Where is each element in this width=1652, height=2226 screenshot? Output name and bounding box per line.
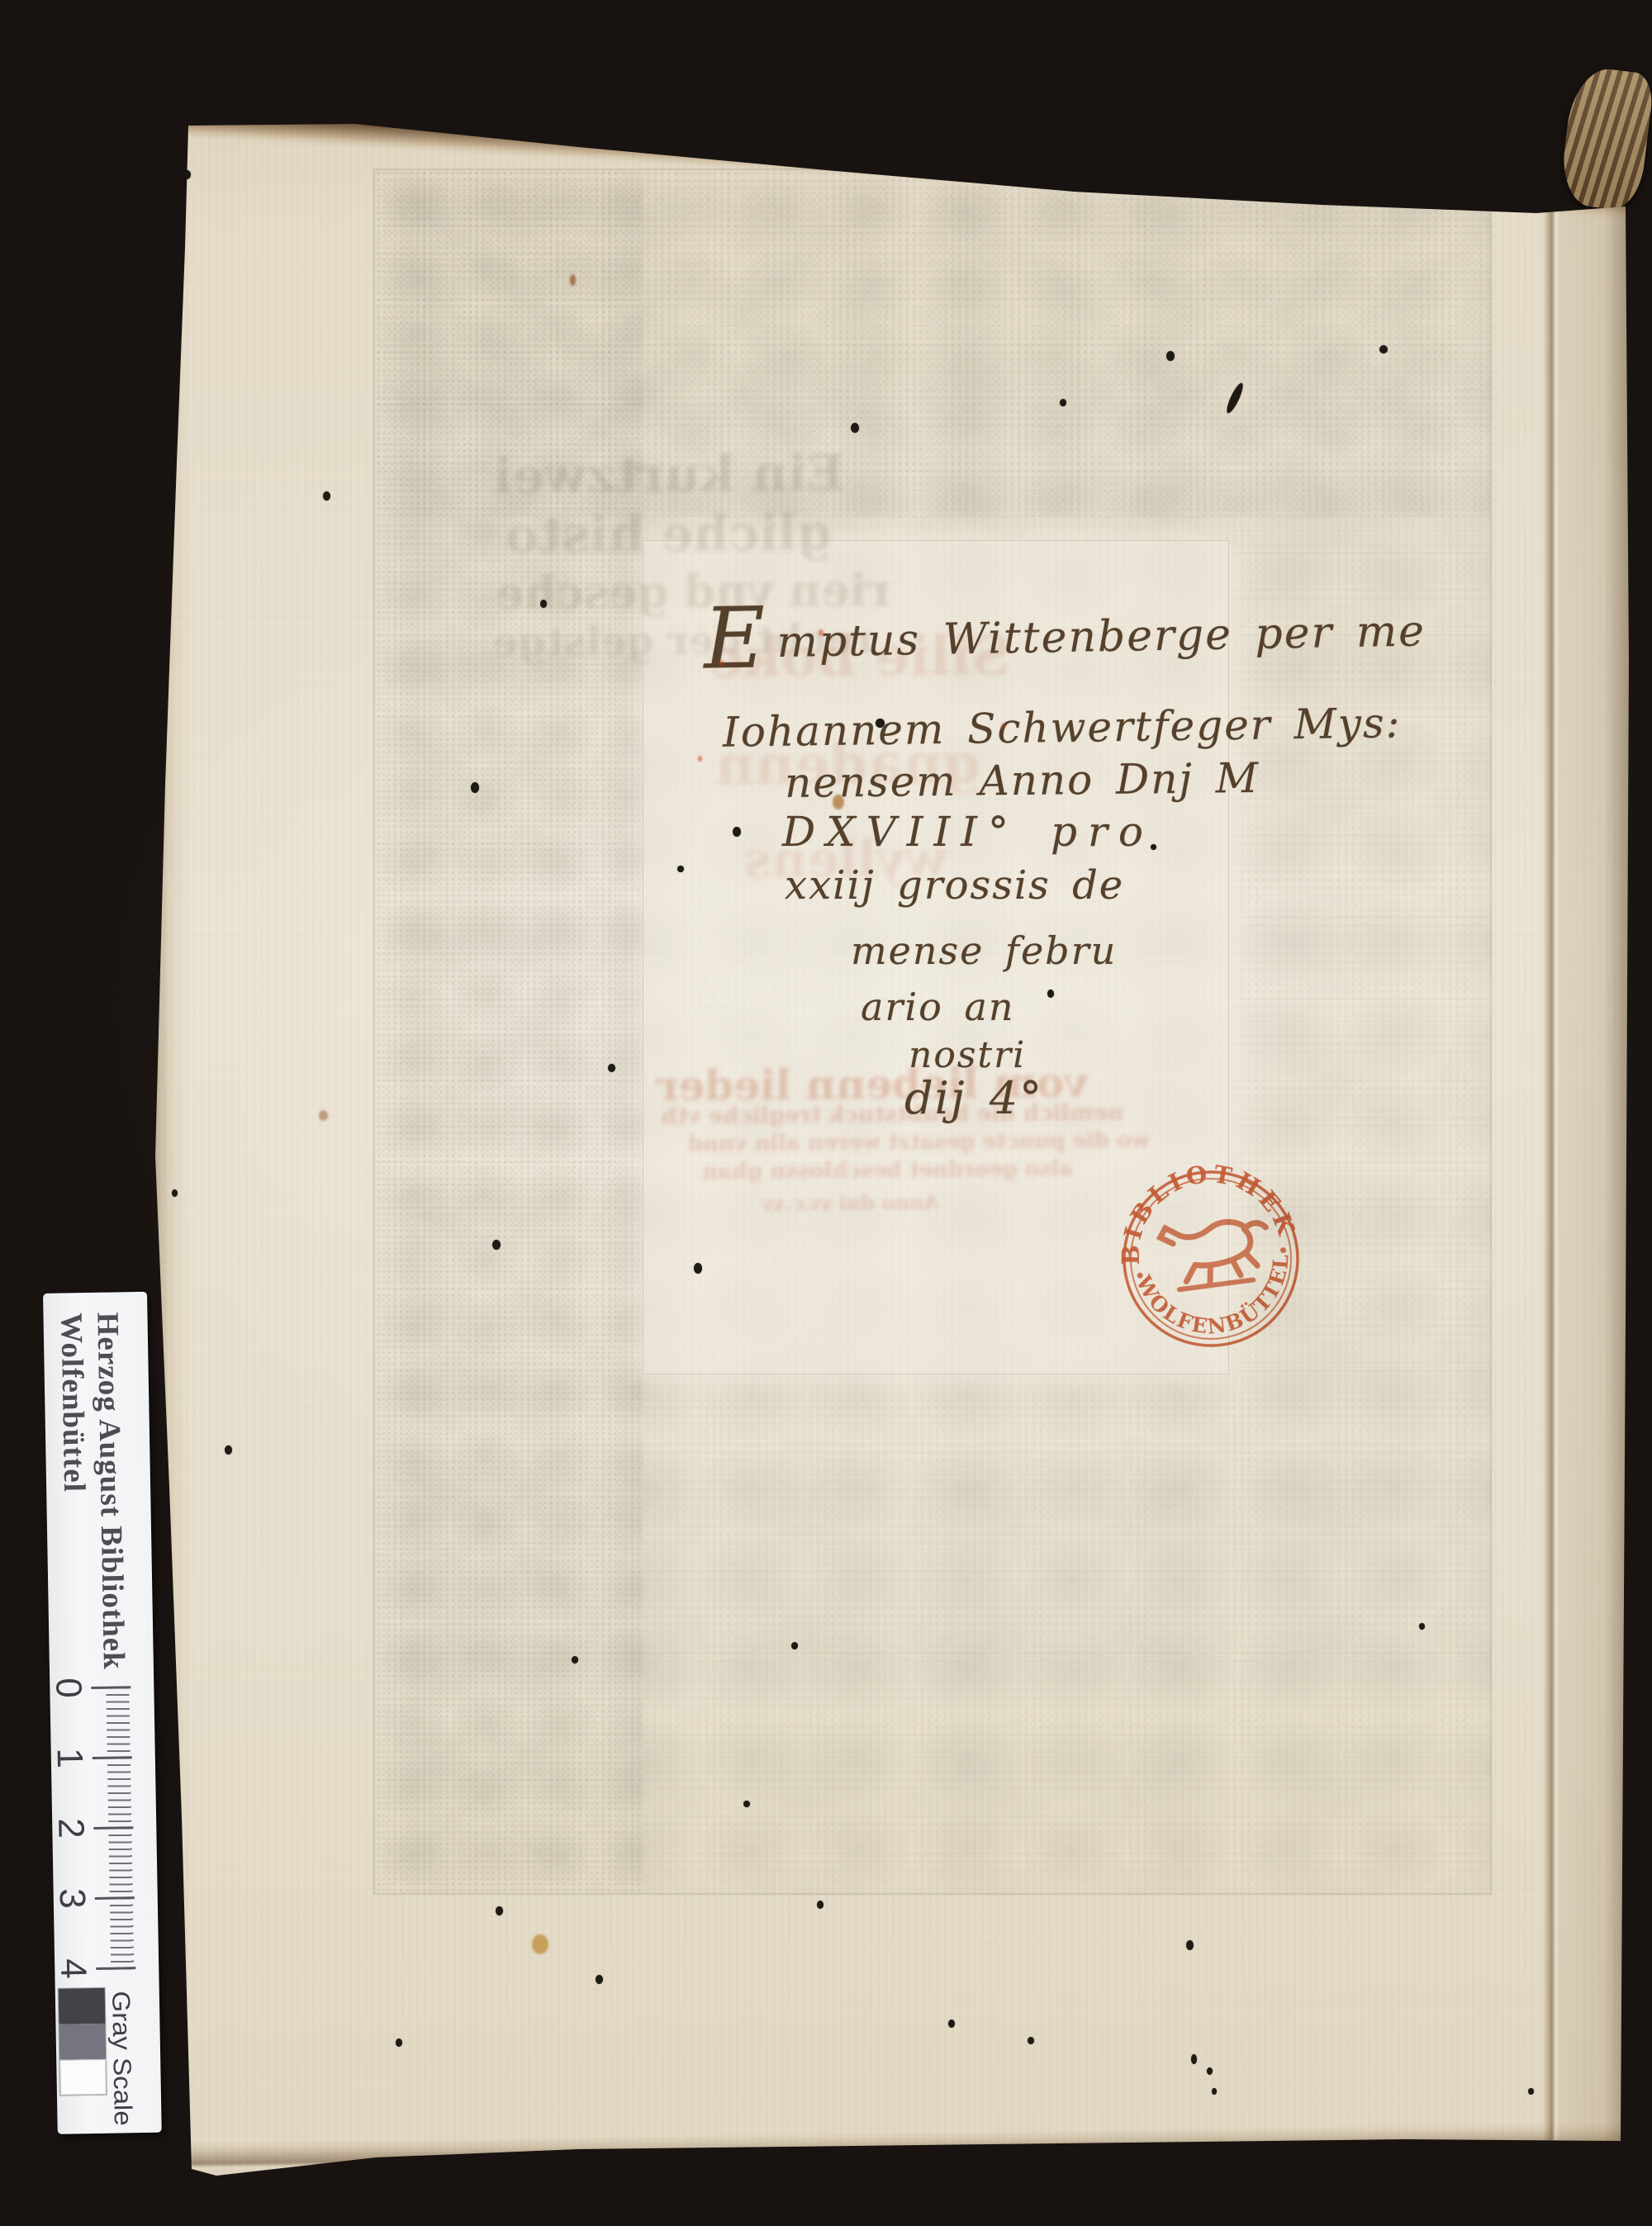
strip-label-line1: Herzog August Bibliothek — [89, 1312, 131, 1670]
showthrough-ghost-line: gliche histo — [506, 504, 832, 564]
paper-stain — [819, 629, 824, 636]
paper-stain — [570, 274, 576, 286]
ink-speck — [1060, 399, 1066, 406]
showthrough-ghost-line: Ein kurtzwei — [494, 444, 845, 505]
ink-speck — [1191, 2054, 1197, 2064]
ink-speck — [608, 1064, 615, 1072]
showthrough-ghost-line: also geordnet beschlossn ghan — [702, 1156, 1074, 1184]
photograph-stage: Ein kurtzweigliche historien vnd gescher… — [0, 0, 1652, 2226]
ink-speck — [323, 491, 330, 501]
ink-speck — [572, 1656, 578, 1664]
paper-stain — [698, 756, 702, 762]
ruler-number: 4 — [55, 1950, 92, 1987]
ruler-minor-ticks — [106, 1687, 134, 1972]
measuring-strip: Herzog August Bibliothek Wolfenbüttel 01… — [43, 1292, 162, 2134]
showthrough-ghost-line: wo die puncte gesatzt weren alln vnnd — [688, 1128, 1150, 1157]
paper-stain — [719, 661, 724, 666]
page-gutter-crease — [1543, 208, 1559, 2141]
ink-speck — [694, 1263, 702, 1274]
stamp-top-text: BIBLIOTHEK — [1101, 1145, 1303, 1270]
ink-speck — [1151, 844, 1156, 850]
showthrough-ghost-line: vom liebenn lieder — [657, 1058, 1089, 1111]
ink-speck — [1419, 1623, 1425, 1630]
inscription-line-1: Emptus Wittenberge per me — [704, 606, 1427, 668]
showthrough-inner-panel — [643, 540, 1229, 1374]
ink-speck — [1166, 351, 1175, 361]
paper-stain — [833, 795, 844, 809]
ink-speck — [1224, 382, 1246, 415]
inscription-initial-E: E — [703, 589, 767, 688]
gray-scale-patch — [59, 2024, 106, 2060]
showthrough-ghost-line: nemlich die heubtstuck tregliche vth — [661, 1100, 1124, 1130]
showthrough-ghost-line: wyllens — [743, 830, 948, 890]
paper-stain — [532, 1934, 548, 1954]
strip-label-line2: Wolfenbüttel — [53, 1312, 92, 1493]
ink-speck — [851, 423, 859, 433]
ink-speck — [596, 1975, 603, 1984]
inscription-line-7: ario an — [861, 985, 1015, 1029]
inscription-line-2: Iohannem Schwertfeger Mys: — [723, 699, 1402, 756]
inscription-line-8: nostri — [909, 1034, 1026, 1076]
paper-stain — [319, 1110, 328, 1121]
paper-stain — [1001, 724, 1005, 729]
inscription-line-9: dij 4° — [904, 1072, 1043, 1124]
ruler-number: 3 — [53, 1880, 90, 1917]
showthrough-ghost-line: Anno dni xv.c.xv — [762, 1190, 939, 1216]
gray-scale-patch — [59, 2059, 107, 2095]
ink-speck — [492, 1240, 501, 1250]
ink-speck — [496, 1906, 503, 1915]
page-bottom-edge-shadow — [173, 2123, 1627, 2167]
ink-speck — [172, 1189, 178, 1197]
stamp-outer-ring — [1110, 1158, 1311, 1359]
ink-speck — [183, 170, 191, 179]
stamp-bottom-text: WOLFENBÜTTEL — [1130, 1246, 1306, 1352]
ink-speck — [797, 107, 805, 114]
ink-speck — [1207, 2067, 1213, 2075]
ink-speck — [876, 719, 885, 728]
page-gutter-shading — [1558, 205, 1629, 2144]
book-spine-endband — [1558, 65, 1652, 213]
page-top-browned-edge — [178, 112, 1631, 218]
stamp-ornaments — [1137, 1247, 1286, 1279]
ink-speck — [817, 1901, 824, 1909]
library-stamp-svg: BIBLIOTHEK WOLFENBÜTTEL — [1094, 1142, 1328, 1376]
ink-speck — [471, 782, 479, 793]
inscription-line-3: nensem Anno Dnj M — [785, 754, 1260, 807]
ink-speck — [677, 866, 684, 872]
ruler-numbers: 01234 — [43, 1292, 147, 1293]
book-page: Ein kurtzweigliche historien vnd gescher… — [0, 0, 1652, 2226]
svg-text:WOLFENBÜTTEL: WOLFENBÜTTEL — [1130, 1246, 1306, 1352]
ink-speck — [1212, 2088, 1217, 2095]
svg-text:BIBLIOTHEK: BIBLIOTHEK — [1101, 1145, 1303, 1270]
ruler-number: 2 — [52, 1810, 89, 1847]
inscription-line-6: mense febru — [851, 928, 1117, 973]
showthrough-ghost-line: gnadenn — [715, 731, 981, 798]
library-stamp: BIBLIOTHEK WOLFENBÜTTEL — [1094, 1142, 1328, 1376]
ink-speck — [948, 2020, 955, 2028]
ink-speck — [733, 827, 741, 837]
gray-scale-patches — [59, 1988, 107, 2095]
gray-scale-patch — [59, 1988, 106, 2024]
ruler-number: 1 — [50, 1740, 88, 1777]
ink-speck — [1379, 345, 1388, 354]
ruler-number: 0 — [50, 1669, 87, 1706]
ink-speck — [396, 2039, 402, 2047]
stamp-inner-ring — [1118, 1166, 1304, 1352]
inscription-line-1-text: mptus Wittenberge per me — [776, 606, 1426, 667]
showthrough-ghost-line: rien vnd gesche — [496, 563, 890, 619]
ink-speck — [1528, 2088, 1534, 2095]
ink-speck — [225, 1445, 232, 1455]
ink-speck — [1047, 990, 1054, 998]
showthrough-ghost-line: Silie boke — [709, 623, 1011, 690]
showthrough-ghost-line: recht der geistge — [492, 616, 873, 666]
ink-speck — [1186, 1940, 1194, 1950]
showthrough-woodcut-border — [373, 168, 1492, 1895]
ink-speck — [1028, 2037, 1034, 2044]
inscription-line-4: DXVIII° pro — [782, 808, 1154, 856]
gray-scale-label: Gray Scale — [107, 1991, 138, 2126]
ink-speck — [743, 1801, 750, 1807]
inscription-line-5: xxiij grossis de — [785, 862, 1124, 909]
ink-speck — [791, 1642, 798, 1649]
ink-speck — [540, 600, 547, 608]
stamp-horse-icon — [1159, 1211, 1275, 1294]
